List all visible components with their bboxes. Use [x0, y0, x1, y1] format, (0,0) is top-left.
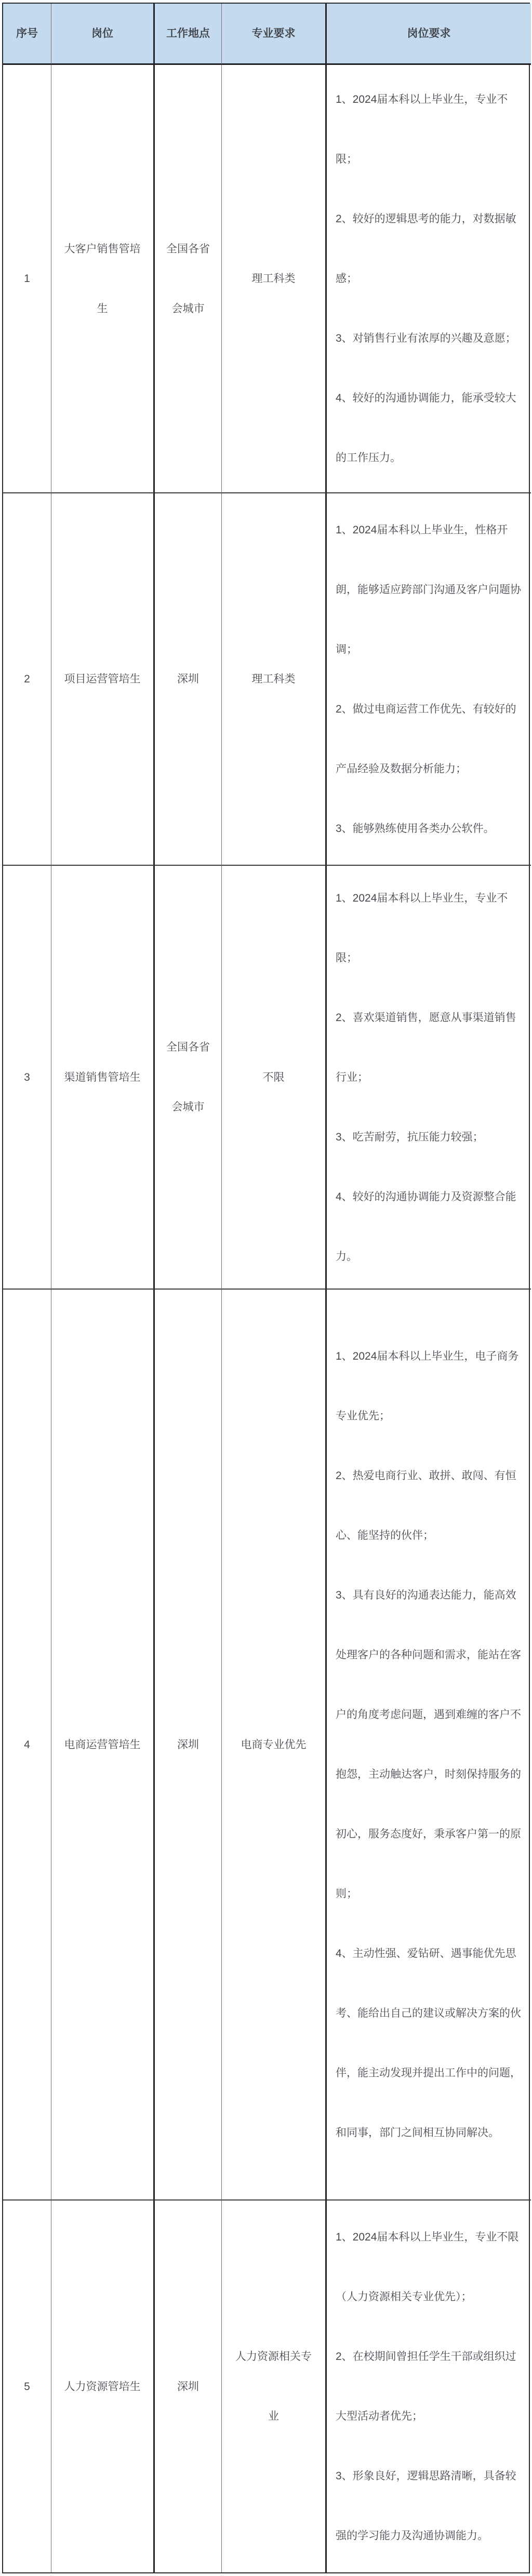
cell-seq: 4	[3, 1290, 51, 2201]
requirement-item: 1、2024届本科以上毕业生，专业不限；	[336, 70, 522, 189]
cell-requirements: 1、2024届本科以上毕业生，专业不限； 2、喜欢渠道销售，愿意从事渠道销售行业…	[327, 866, 531, 1290]
requirement-item: 2、喜欢渠道销售，愿意从事渠道销售行业；	[336, 988, 522, 1107]
cell-major: 电商专业优先	[222, 1290, 327, 2201]
job-positions-table: 序号 岗位 工作地点 专业要求 岗位要求 1 大客户销售管培生 全国各省会城市 …	[2, 3, 530, 2573]
requirement-item: 1、2024届本科以上毕业生，专业不限；	[336, 868, 522, 988]
requirement-item: 4、较好的沟通协调能力及资源整合能力。	[336, 1167, 522, 1286]
requirement-item: 3、吃苦耐劳，抗压能力较强；	[336, 1107, 484, 1167]
cell-requirements: 1、2024届本科以上毕业生，专业不限； 2、较好的逻辑思考的能力，对数据敏感；…	[327, 65, 531, 493]
cell-location: 深圳	[155, 2201, 222, 2572]
requirement-item: 3、能够熟练使用各类办公软件。	[336, 799, 495, 858]
cell-major: 人力资源相关专业	[222, 2201, 327, 2572]
cell-seq: 2	[3, 493, 51, 866]
cell-requirements: 1、2024届本科以上毕业生，电子商务专业优先； 2、热爱电商行业、敢拼、敢闯、…	[327, 1290, 531, 2201]
cell-seq: 5	[3, 2201, 51, 2572]
header-cell-seq: 序号	[3, 4, 51, 65]
requirement-item: 1、2024届本科以上毕业生，专业不限（人力资源相关专业优先）；	[336, 2207, 522, 2327]
requirement-item: 3、对销售行业有浓厚的兴趣及意愿；	[336, 308, 516, 368]
requirement-item: 3、具有良好的沟通表达能力，能高效处理客户的各种问题和需求，能站在客户的角度考虑…	[336, 1565, 522, 1924]
requirement-item: 2、热爱电商行业、敢拼、敢闯、有恒心、能坚持的伙伴；	[336, 1446, 522, 1565]
cell-requirements: 1、2024届本科以上毕业生，性格开朗，能够适应跨部门沟通及客户问题协调； 2、…	[327, 493, 531, 866]
header-cell-requirements: 岗位要求	[327, 4, 531, 65]
requirement-item: 2、较好的逻辑思考的能力，对数据敏感；	[336, 189, 522, 308]
cell-location: 深圳	[155, 1290, 222, 2201]
header-cell-position: 岗位	[51, 4, 155, 65]
cell-major: 理工科类	[222, 65, 327, 493]
cell-position: 渠道销售管培生	[51, 866, 155, 1290]
requirement-item: 4、主动性强、爱钻研、遇事能优先思考、能给出自己的建议或解决方案的伙伴，能主动发…	[336, 1924, 522, 2163]
requirement-item: 2、在校期间曾担任学生干部或组织过大型活动者优先；	[336, 2327, 522, 2446]
header-cell-location: 工作地点	[155, 4, 222, 65]
requirement-item: 1、2024届本科以上毕业生，性格开朗，能够适应跨部门沟通及客户问题协调；	[336, 500, 522, 679]
cell-location: 全国各省会城市	[155, 866, 222, 1290]
requirement-item: 2、做过电商运营工作优先、有较好的产品经验及数据分析能力；	[336, 679, 522, 799]
cell-position: 电商运营管培生	[51, 1290, 155, 2201]
cell-seq: 3	[3, 866, 51, 1290]
cell-position: 项目运营管培生	[51, 493, 155, 866]
cell-position: 大客户销售管培生	[51, 65, 155, 493]
cell-major: 理工科类	[222, 493, 327, 866]
requirement-item: 4、较好的沟通协调能力，能承受较大的工作压力。	[336, 368, 522, 488]
cell-location: 全国各省会城市	[155, 65, 222, 493]
cell-seq: 1	[3, 65, 51, 493]
cell-location: 深圳	[155, 493, 222, 866]
header-cell-major: 专业要求	[222, 4, 327, 65]
cell-major: 不限	[222, 866, 327, 1290]
requirement-item: 1、2024届本科以上毕业生，电子商务专业优先；	[336, 1326, 522, 1446]
cell-requirements: 1、2024届本科以上毕业生，专业不限（人力资源相关专业优先）； 2、在校期间曾…	[327, 2201, 531, 2572]
requirement-item: 3、形象良好，逻辑思路清晰，具备较强的学习能力及沟通协调能力。	[336, 2446, 522, 2566]
cell-position: 人力资源管培生	[51, 2201, 155, 2572]
